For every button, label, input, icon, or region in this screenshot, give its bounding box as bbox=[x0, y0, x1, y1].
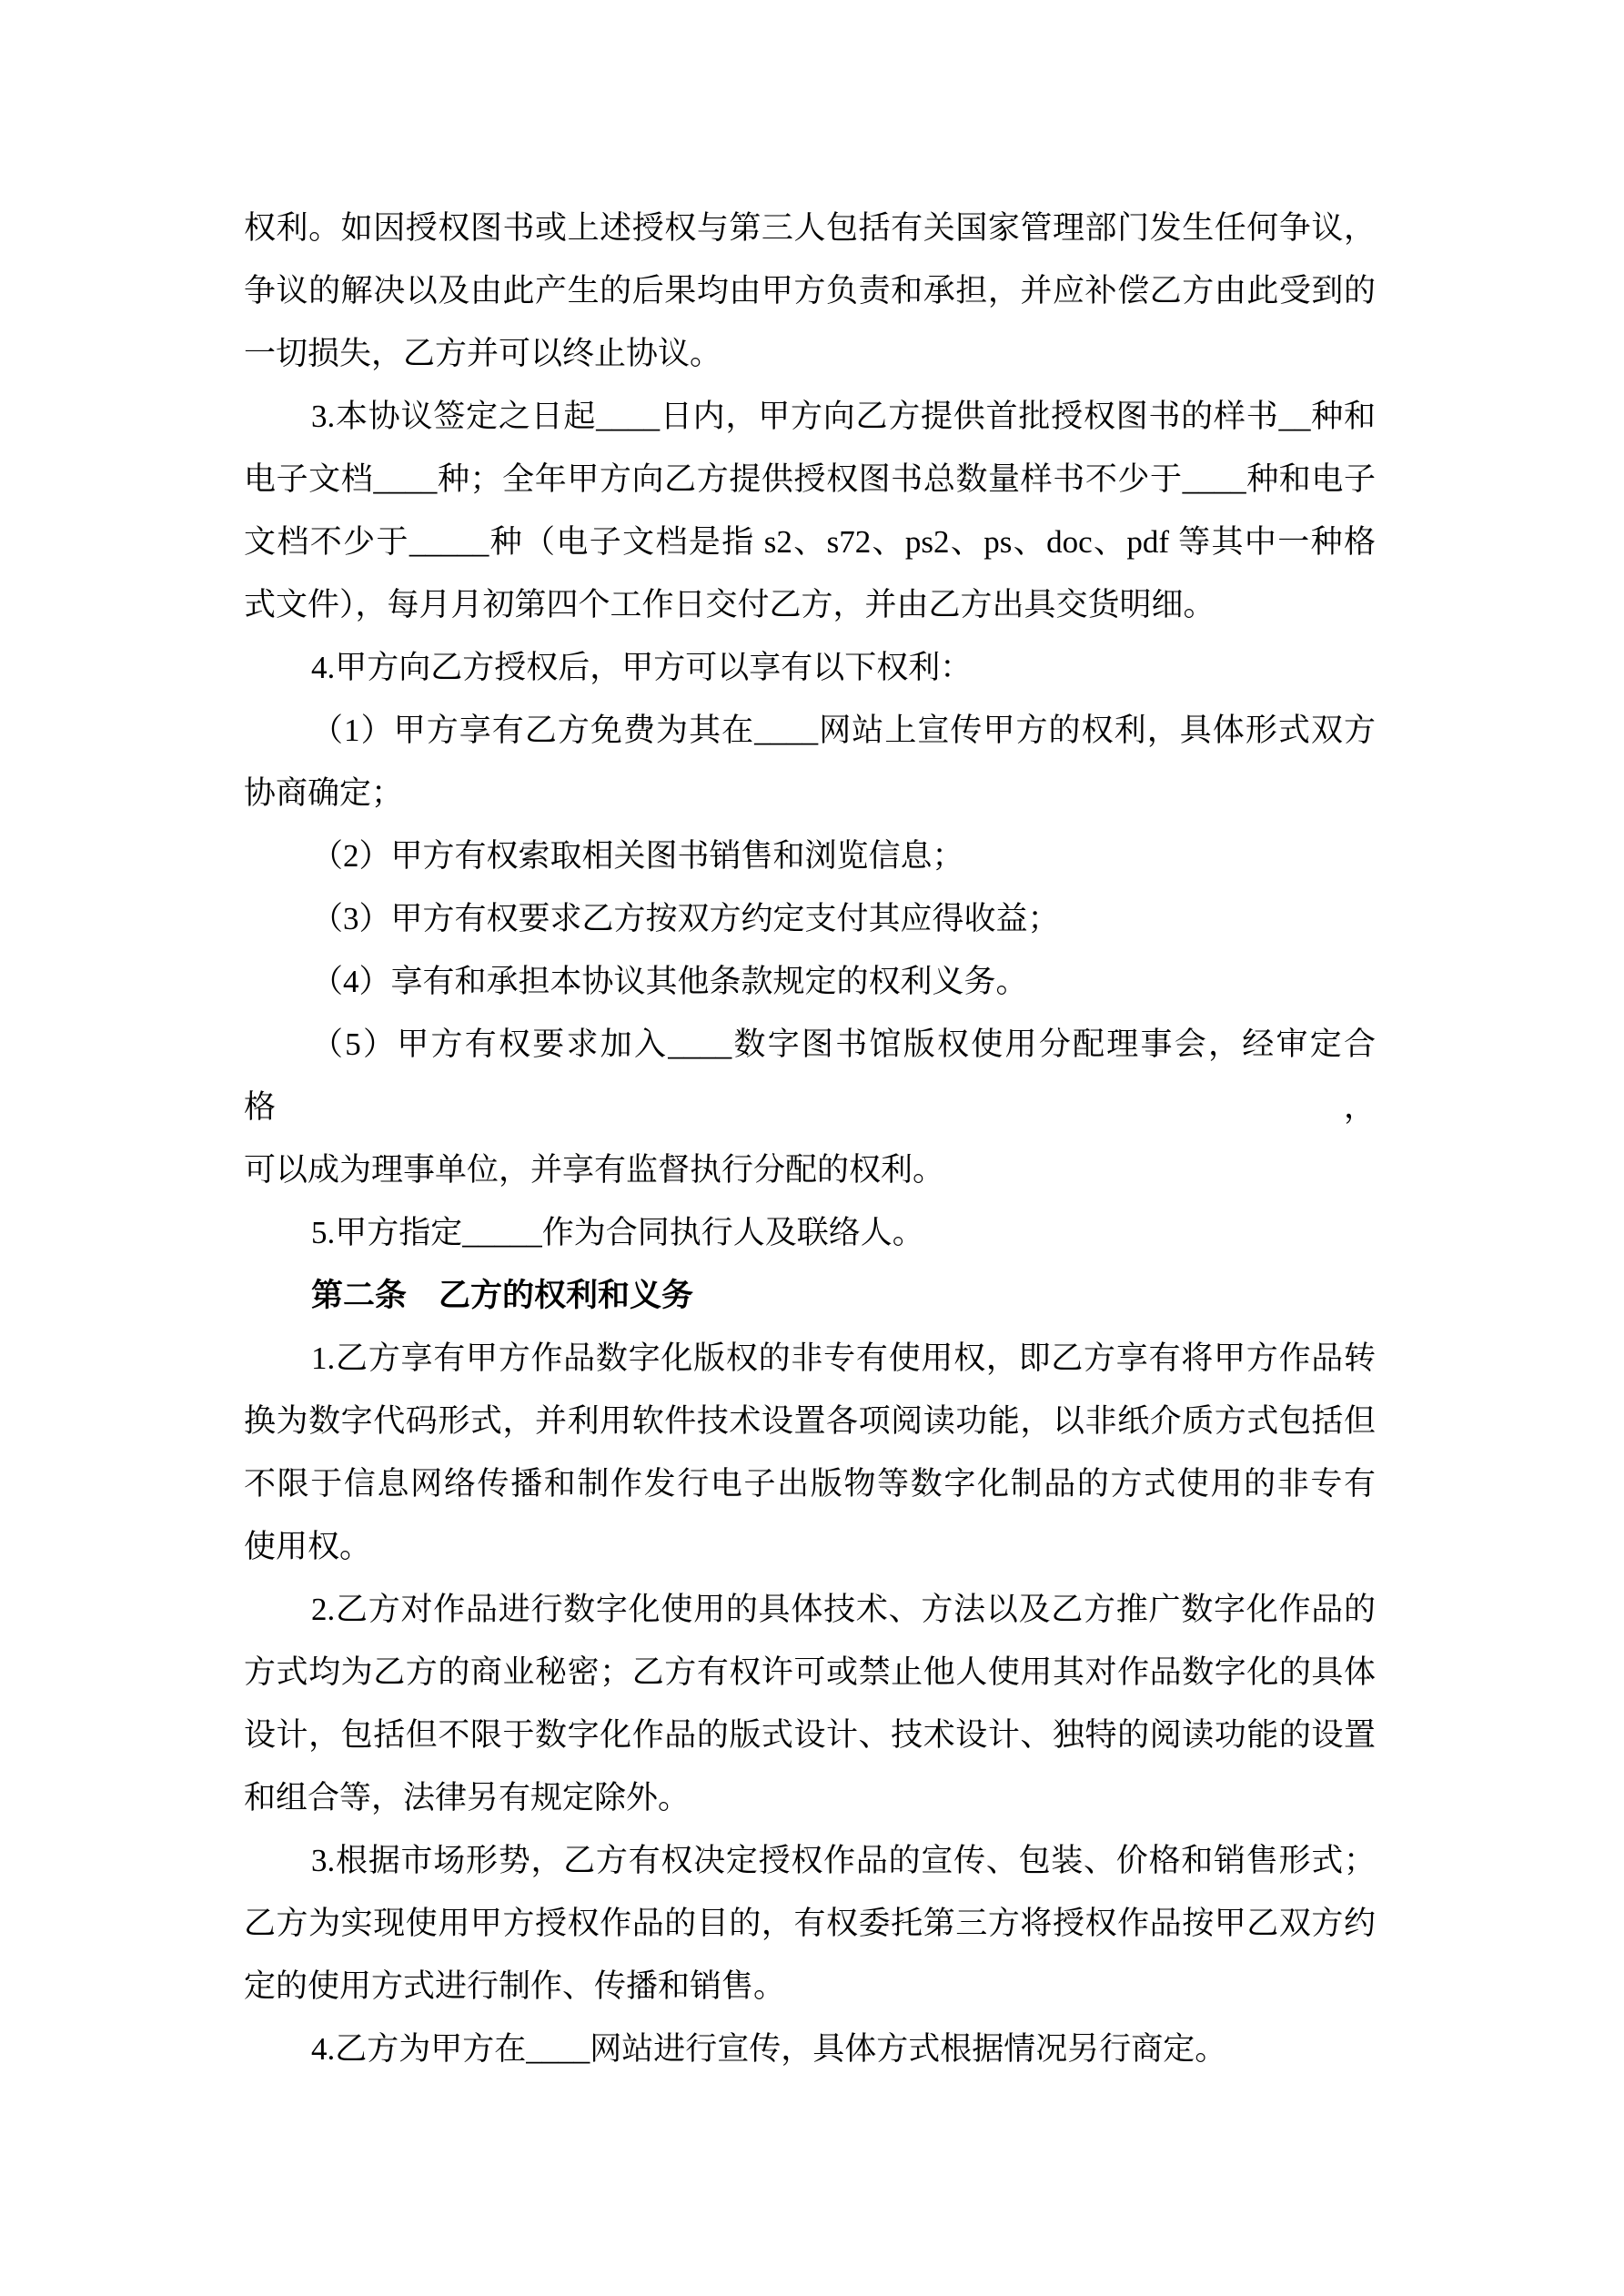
text-line: 一切损失，乙方并可以终止协议。 bbox=[244, 322, 1376, 385]
text-line: （1）甲方享有乙方免费为其在____网站上宣传甲方的权利，具体形式双方 bbox=[244, 699, 1376, 762]
paragraph: （5）甲方有权要求加入____数字图书馆版权使用分配理事会，经审定合格，可以成为… bbox=[244, 1013, 1376, 1201]
text-line: 协商确定； bbox=[244, 762, 1376, 824]
paragraph: 4.乙方为甲方在____网站进行宣传，具体方式根据情况另行商定。 bbox=[244, 2018, 1376, 2080]
text-line: 第二条 乙方的权利和义务 bbox=[244, 1264, 1376, 1327]
paragraph: （1）甲方享有乙方免费为其在____网站上宣传甲方的权利，具体形式双方协商确定； bbox=[244, 699, 1376, 824]
text-line: 3.本协议签定之日起____日内，甲方向乙方提供首批授权图书的样书__种和 bbox=[244, 385, 1376, 448]
paragraph: （3）甲方有权要求乙方按双方约定支付其应得收益； bbox=[244, 887, 1376, 950]
text-line: 5.甲方指定_____作为合同执行人及联络人。 bbox=[244, 1201, 1376, 1264]
content: 权利。如因授权图书或上述授权与第三人包括有关国家管理部门发生任何争议，争议的解决… bbox=[244, 197, 1376, 2080]
paragraph: （2）甲方有权索取相关图书销售和浏览信息； bbox=[244, 824, 1376, 887]
text-line: 定的使用方式进行制作、传播和销售。 bbox=[244, 1955, 1376, 2018]
text-line: 4.甲方向乙方授权后，甲方可以享有以下权利： bbox=[244, 636, 1376, 699]
text-line: 换为数字代码形式，并利用软件技术设置各项阅读功能，以非纸介质方式包括但 bbox=[244, 1390, 1376, 1452]
text-line: 和组合等，法律另有规定除外。 bbox=[244, 1766, 1376, 1829]
paragraph: 3.根据市场形势，乙方有权决定授权作品的宣传、包装、价格和销售形式；乙方为实现使… bbox=[244, 1829, 1376, 2018]
text-line: （4）享有和承担本协议其他条款规定的权利义务。 bbox=[244, 950, 1376, 1013]
text-line: 2.乙方对作品进行数字化使用的具体技术、方法以及乙方推广数字化作品的 bbox=[244, 1578, 1376, 1641]
paragraph: 1.乙方享有甲方作品数字化版权的非专有使用权，即乙方享有将甲方作品转换为数字代码… bbox=[244, 1327, 1376, 1578]
text-line: 电子文档____种；全年甲方向乙方提供授权图书总数量样书不少于____种和电子 bbox=[244, 448, 1376, 511]
text-line: 乙方为实现使用甲方授权作品的目的，有权委托第三方将授权作品按甲乙双方约 bbox=[244, 1892, 1376, 1955]
text-line: 权利。如因授权图书或上述授权与第三人包括有关国家管理部门发生任何争议， bbox=[244, 197, 1376, 259]
text-line: 争议的解决以及由此产生的后果均由甲方负责和承担，并应补偿乙方由此受到的 bbox=[244, 259, 1376, 322]
paragraph: （4）享有和承担本协议其他条款规定的权利义务。 bbox=[244, 950, 1376, 1013]
text-line: 3.根据市场形势，乙方有权决定授权作品的宣传、包装、价格和销售形式； bbox=[244, 1829, 1376, 1892]
document-page: 权利。如因授权图书或上述授权与第三人包括有关国家管理部门发生任何争议，争议的解决… bbox=[0, 0, 1624, 2296]
paragraph: 4.甲方向乙方授权后，甲方可以享有以下权利： bbox=[244, 636, 1376, 699]
text-line: 不限于信息网络传播和制作发行电子出版物等数字化制品的方式使用的非专有 bbox=[244, 1452, 1376, 1515]
paragraph: 3.本协议签定之日起____日内，甲方向乙方提供首批授权图书的样书__种和电子文… bbox=[244, 385, 1376, 636]
text-line: 设计，包括但不限于数字化作品的版式设计、技术设计、独特的阅读功能的设置 bbox=[244, 1704, 1376, 1766]
paragraph: 2.乙方对作品进行数字化使用的具体技术、方法以及乙方推广数字化作品的方式均为乙方… bbox=[244, 1578, 1376, 1829]
text-line: 方式均为乙方的商业秘密；乙方有权许可或禁止他人使用其对作品数字化的具体 bbox=[244, 1641, 1376, 1704]
text-line: 使用权。 bbox=[244, 1515, 1376, 1578]
text-line: 可以成为理事单位，并享有监督执行分配的权利。 bbox=[244, 1138, 1376, 1201]
text-line: （2）甲方有权索取相关图书销售和浏览信息； bbox=[244, 824, 1376, 887]
text-line: 式文件），每月月初第四个工作日交付乙方，并由乙方出具交货明细。 bbox=[244, 573, 1376, 636]
text-line: 1.乙方享有甲方作品数字化版权的非专有使用权，即乙方享有将甲方作品转 bbox=[244, 1327, 1376, 1390]
text-line: （3）甲方有权要求乙方按双方约定支付其应得收益； bbox=[244, 887, 1376, 950]
text-line: （5）甲方有权要求加入____数字图书馆版权使用分配理事会，经审定合格， bbox=[244, 1013, 1376, 1138]
paragraph: 5.甲方指定_____作为合同执行人及联络人。 bbox=[244, 1201, 1376, 1264]
text-line: 文档不少于_____种（电子文档是指 s2、s72、ps2、ps、doc、pdf… bbox=[244, 511, 1376, 573]
paragraph: 权利。如因授权图书或上述授权与第三人包括有关国家管理部门发生任何争议，争议的解决… bbox=[244, 197, 1376, 385]
section-heading: 第二条 乙方的权利和义务 bbox=[244, 1264, 1376, 1327]
text-line: 4.乙方为甲方在____网站进行宣传，具体方式根据情况另行商定。 bbox=[244, 2018, 1376, 2080]
